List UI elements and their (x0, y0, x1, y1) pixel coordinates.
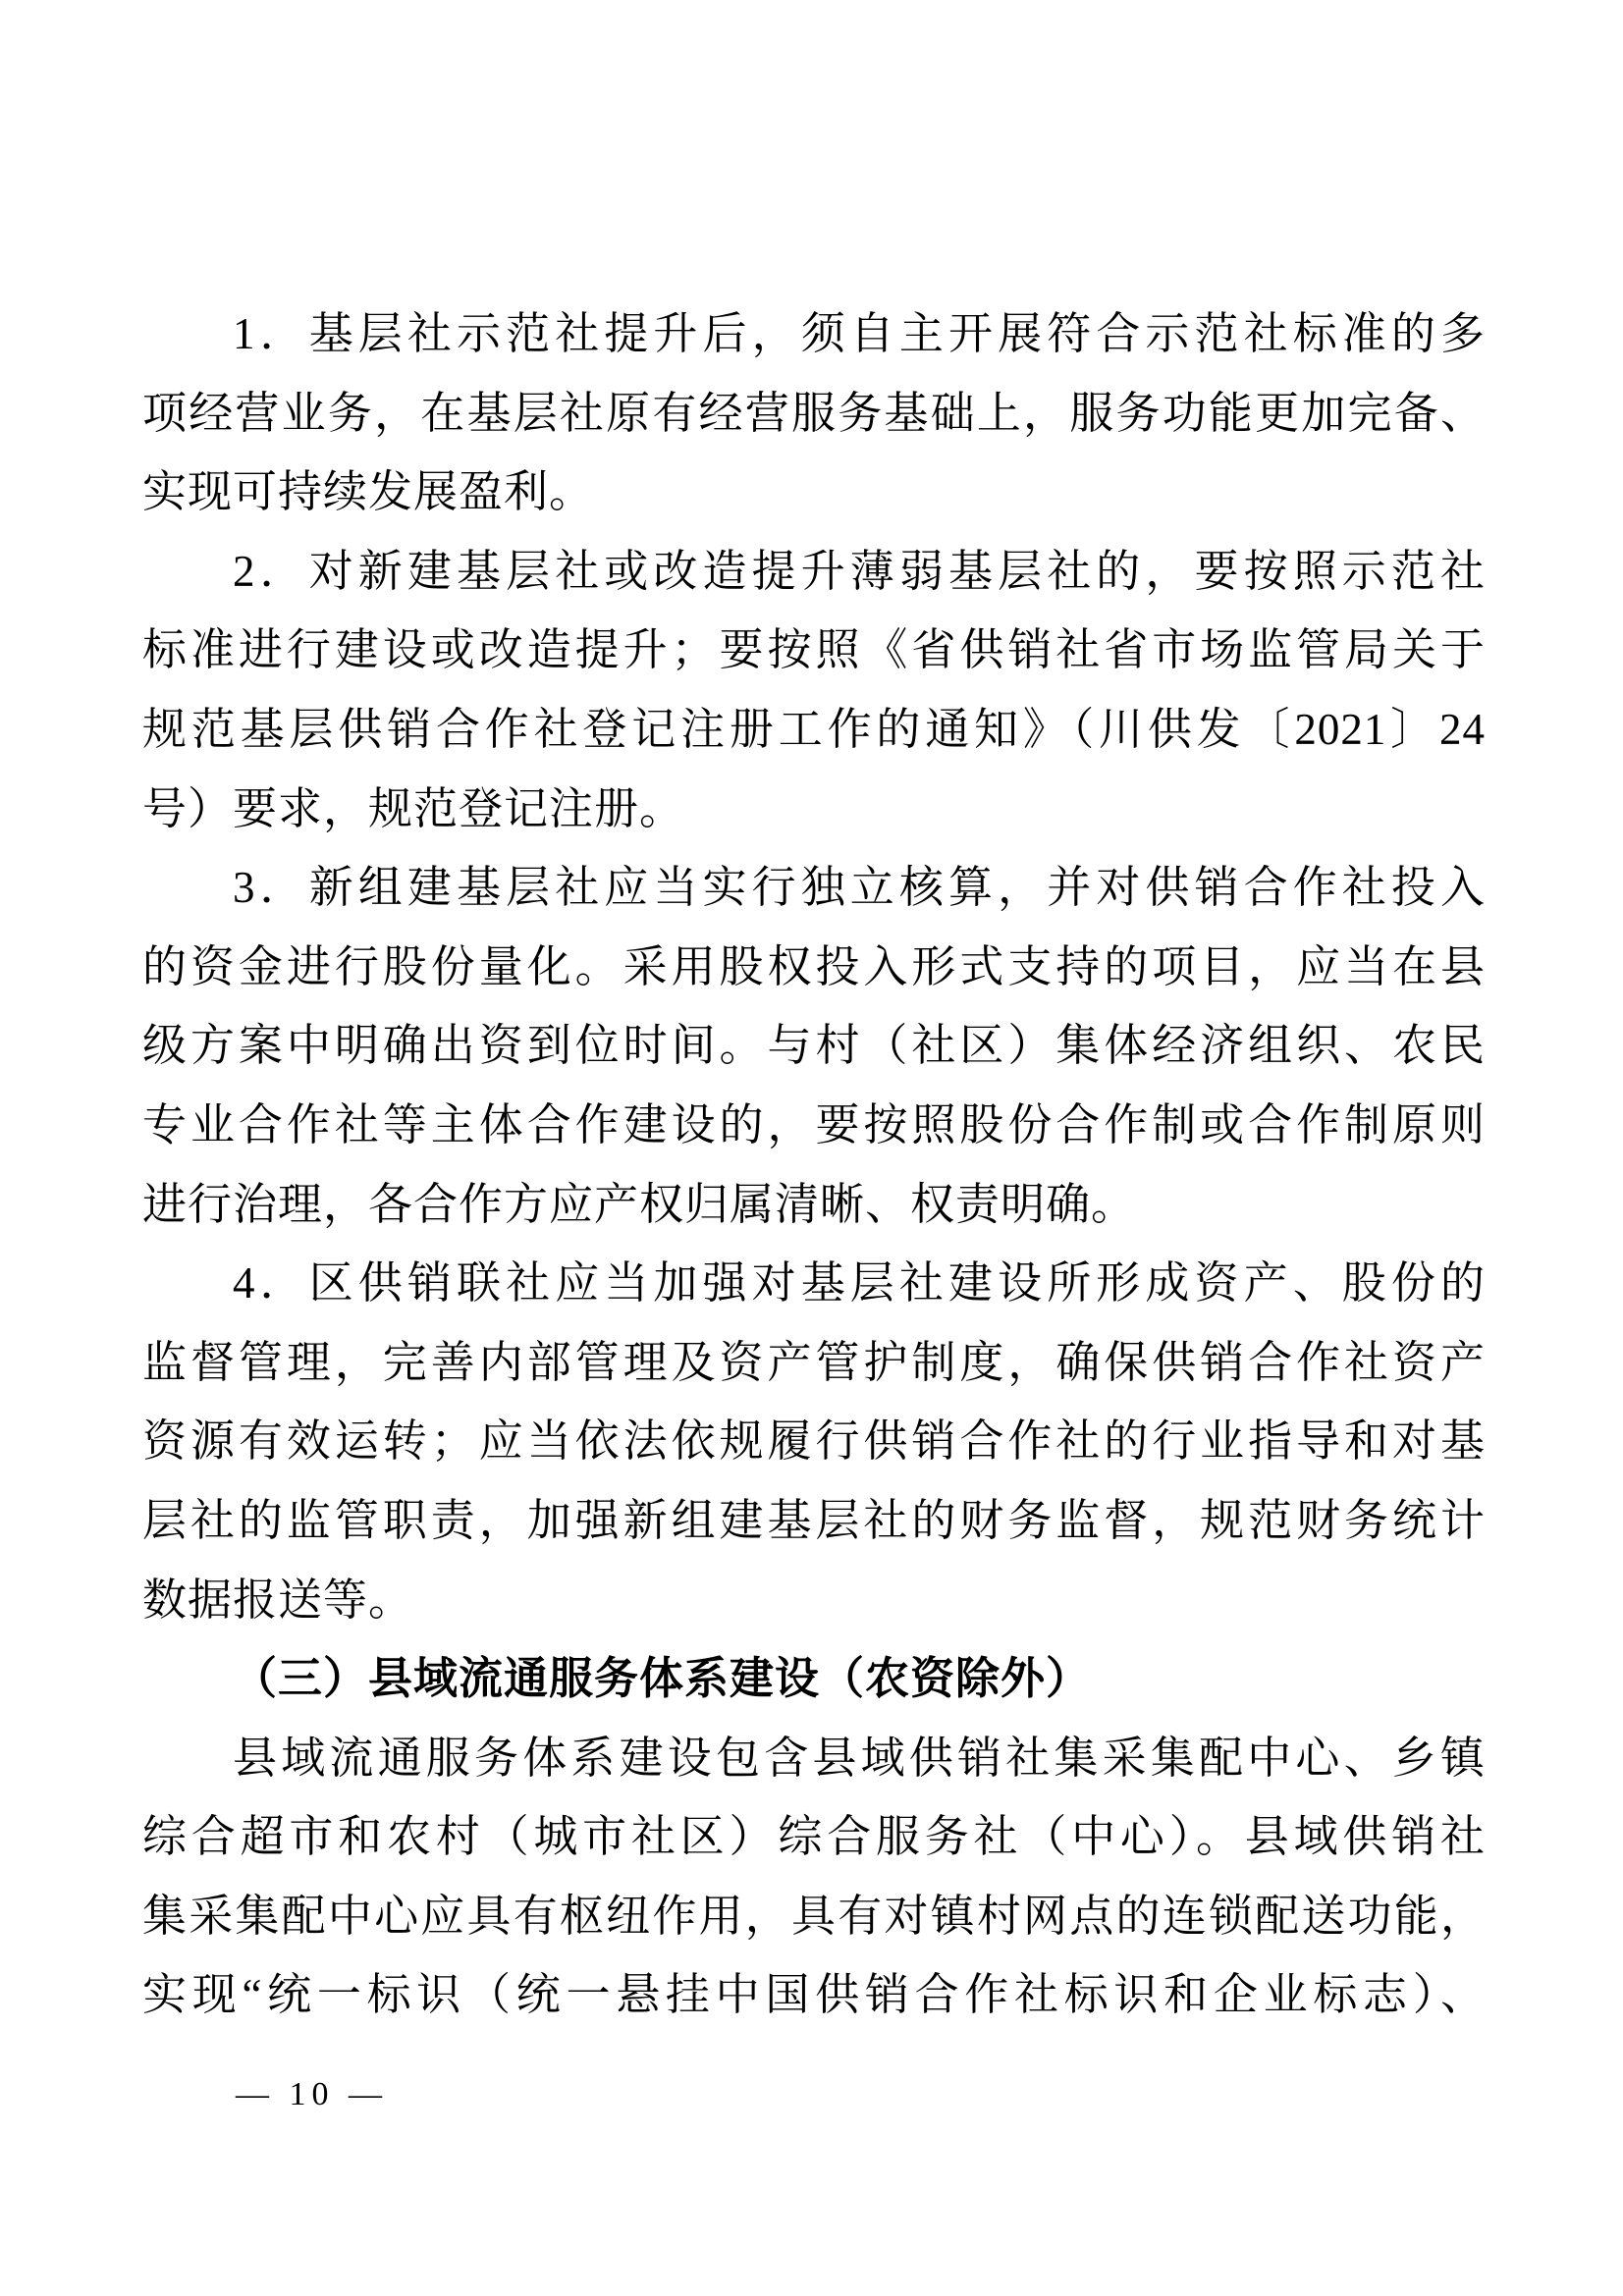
text-line: 进行治理，各合作方应产权归属清晰、权责明确。 (142, 1165, 1486, 1245)
text-line: 资源有效运转；应当依法依规履行供销合作社的行业指导和对基 (142, 1402, 1486, 1481)
text-line: 数据报送等。 (142, 1561, 1486, 1640)
text-line: 3．新组建基层社应当实行独立核算，并对供销合作社投入 (142, 848, 1486, 928)
text-line: 层社的监管职责，加强新组建基层社的财务监督，规范财务统计 (142, 1481, 1486, 1561)
text-line: 4．区供销联社应当加强对基层社建设所形成资产、股份的 (142, 1244, 1486, 1323)
text-line: 综合超市和农村（城市社区）综合服务社（中心）。县域供销社 (142, 1797, 1486, 1877)
text-line: 2．对新建基层社或改造提升薄弱基层社的，要按照示范社 (142, 532, 1486, 612)
text-line: 号）要求，规范登记注册。 (142, 770, 1486, 849)
text-line: 项经营业务，在基层社原有经营服务基础上，服务功能更加完备、 (142, 374, 1486, 454)
document-body: 1．基层社示范社提升后，须自主开展符合示范社标准的多项经营业务，在基层社原有经营… (142, 294, 1486, 2035)
text-line: 实现“统一标识（统一悬挂中国供销合作社标识和企业标志）、 (142, 1955, 1486, 2035)
text-line: 集采集配中心应具有枢纽作用，具有对镇村网点的连锁配送功能， (142, 1877, 1486, 1956)
text-line: 实现可持续发展盈利。 (142, 453, 1486, 532)
text-line: 标准进行建设或改造提升；要按照《省供销社省市场监管局关于 (142, 611, 1486, 690)
document-page: 1．基层社示范社提升后，须自主开展符合示范社标准的多项经营业务，在基层社原有经营… (0, 0, 1623, 2296)
text-line: 规范基层供销合作社登记注册工作的通知》（川供发〔2021〕24 (142, 690, 1486, 770)
text-line: 专业合作社等主体合作建设的，要按照股份合作制或合作制原则 (142, 1086, 1486, 1165)
text-line: 1．基层社示范社提升后，须自主开展符合示范社标准的多 (142, 294, 1486, 374)
text-line: 的资金进行股份量化。采用股权投入形式支持的项目，应当在县 (142, 928, 1486, 1007)
page-number-footer: — 10 — (236, 2069, 388, 2120)
text-line: 监督管理，完善内部管理及资产管护制度，确保供销合作社资产 (142, 1323, 1486, 1403)
text-line: 县域流通服务体系建设包含县域供销社集采集配中心、乡镇 (142, 1719, 1486, 1798)
text-line: 级方案中明确出资到位时间。与村（社区）集体经济组织、农民 (142, 1006, 1486, 1086)
text-line: （三）县域流通服务体系建设（农资除外） (142, 1639, 1486, 1719)
